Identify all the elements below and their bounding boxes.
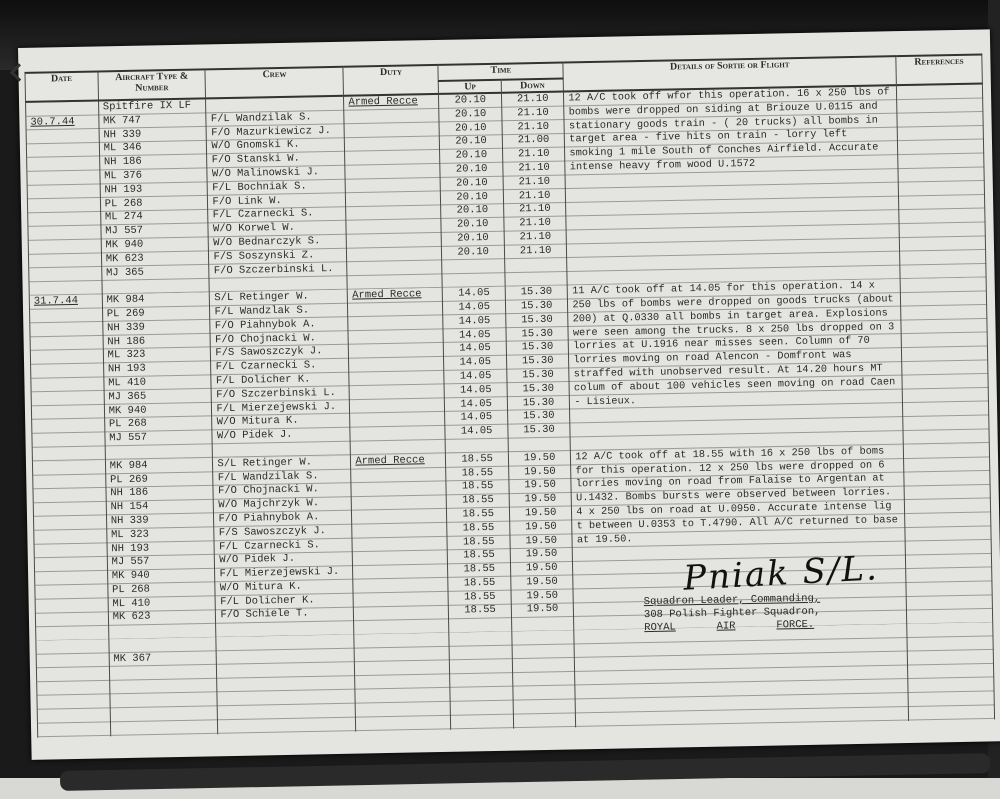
time-down: 19.50 xyxy=(513,479,567,494)
time-down: 21.10 xyxy=(506,120,560,135)
sortie-date-cell: 30.7.44 xyxy=(26,100,102,296)
time-up: 20.10 xyxy=(446,232,500,247)
time-up: 20.10 xyxy=(445,149,499,164)
time-down: 15.30 xyxy=(511,369,565,384)
signature-block: Pniak S/L. Squadron Leader, Commanding, … xyxy=(643,551,884,634)
time-down: 19.50 xyxy=(513,451,567,466)
time-down: 21.10 xyxy=(509,244,563,259)
time-up: 20.10 xyxy=(445,190,499,205)
duty-label: Armed Recce xyxy=(352,288,438,303)
time-up: 18.55 xyxy=(451,480,505,495)
time-up: 18.55 xyxy=(450,452,504,467)
time-up: 18.55 xyxy=(452,535,506,550)
header-crew: Crew xyxy=(205,67,343,99)
time-down: 15.30 xyxy=(511,355,565,370)
time-down: 15.30 xyxy=(510,300,564,315)
time-down: 19.50 xyxy=(515,575,569,590)
time-down-cell: 15.3015.3015.3015.3015.3015.3015.3015.30… xyxy=(505,286,571,453)
sortie-date: 31.7.44 xyxy=(34,295,98,310)
time-down: 15.30 xyxy=(512,396,566,411)
time-down: 21.10 xyxy=(508,217,562,232)
time-up: 20.10 xyxy=(444,108,498,123)
time-up: 14.05 xyxy=(449,397,503,412)
time-down: 21.10 xyxy=(508,189,562,204)
time-up-cell: 18.5518.5518.5518.5518.5518.5518.5518.55… xyxy=(446,452,512,633)
header-date: Date xyxy=(25,71,98,101)
time-up: 14.05 xyxy=(450,411,504,426)
time-up: 14.05 xyxy=(447,301,501,316)
time-up: 14.05 xyxy=(449,383,503,398)
time-up: 20.10 xyxy=(446,218,500,233)
operations-record-sheet: Date Aircraft Type & Number Crew Duty Ti… xyxy=(18,29,1000,760)
time-up: 20.10 xyxy=(446,246,500,261)
time-up: 18.55 xyxy=(452,521,506,536)
sortie-row: 31.7.44MK 984PL 269NH 339NH 186ML 323NH … xyxy=(29,278,989,462)
time-up-cell: 14.0514.0514.0514.0514.0514.0514.0514.05… xyxy=(443,287,509,454)
sortie-details: 12 A/C took off wfor this operation. 16 … xyxy=(564,85,900,286)
time-down: 19.50 xyxy=(514,534,568,549)
sortie-row: 30.7.44Spitfire IX LFMK 747NH 339ML 346N… xyxy=(26,83,987,295)
sortie-date xyxy=(37,460,101,475)
time-down: 19.50 xyxy=(514,506,568,521)
time-up: 14.05 xyxy=(447,287,501,302)
time-up: 20.10 xyxy=(445,177,499,192)
duty-label: Armed Recce xyxy=(348,95,434,110)
time-down: 15.30 xyxy=(512,424,566,439)
aircraft-type: Spitfire IX LF xyxy=(103,99,202,115)
time-up: 20.10 xyxy=(446,204,500,219)
time-down: 21.00 xyxy=(507,134,561,149)
blank-rows: MK 367 xyxy=(36,622,995,737)
header-aircraft: Aircraft Type & Number xyxy=(98,69,206,100)
time-up: 18.55 xyxy=(453,604,507,619)
time-down: 21.10 xyxy=(507,162,561,177)
crew-member: F/L Mierzejewski J. xyxy=(220,566,349,582)
sortie-date: 30.7.44 xyxy=(30,115,94,130)
time-down: 21.10 xyxy=(509,231,563,246)
time-down: 19.50 xyxy=(515,589,569,604)
references-cell xyxy=(903,443,992,624)
time-up: 18.55 xyxy=(453,577,507,592)
time-down-cell: 19.5019.5019.5019.5019.5019.5019.5019.50… xyxy=(508,451,574,632)
time-up: 18.55 xyxy=(452,549,506,564)
sortie-details: 11 A/C took off at 14.05 for this operat… xyxy=(568,279,904,451)
time-up: 14.05 xyxy=(450,425,504,440)
header-references: References xyxy=(896,54,982,85)
time-down: 19.50 xyxy=(515,548,569,563)
header-down: Down xyxy=(501,79,564,93)
time-down: 15.30 xyxy=(510,313,564,328)
aircraft-cell: Spitfire IX LFMK 747NH 339ML 346NH 186ML… xyxy=(98,98,209,294)
time-up: 20.10 xyxy=(444,121,498,136)
time-down: 15.30 xyxy=(512,410,566,425)
time-down: 19.50 xyxy=(516,603,570,618)
references-cell xyxy=(900,278,989,445)
time-up: 20.10 xyxy=(444,135,498,150)
references-cell xyxy=(896,83,986,279)
crew-cell: F/L Wandzilak S.F/O Mazurkiewicz J.W/O G… xyxy=(206,96,348,293)
crew-member: F/L Mierzejewski J. xyxy=(216,400,345,416)
duty-label: Armed Recce xyxy=(355,454,441,469)
time-down: 15.30 xyxy=(511,341,565,356)
time-down: 21.10 xyxy=(507,175,561,190)
time-down: 19.50 xyxy=(514,493,568,508)
time-down: 15.30 xyxy=(510,327,564,342)
sortie-date-cell xyxy=(32,460,108,641)
time-up: 18.55 xyxy=(451,508,505,523)
time-up-cell: 20.1020.1020.1020.1020.1020.1020.1020.10… xyxy=(439,93,505,288)
time-up: 14.05 xyxy=(448,356,502,371)
duty-cell: Armed Recce xyxy=(344,94,443,290)
sortie-date-cell: 31.7.44 xyxy=(29,295,105,462)
time-down: 21.10 xyxy=(507,148,561,163)
time-up: 20.10 xyxy=(445,163,499,178)
sortie-log-body: 30.7.44Spitfire IX LFMK 747NH 339ML 346N… xyxy=(26,83,995,737)
header-duty: Duty xyxy=(343,65,439,96)
aircraft-cell: MK 984PL 269NH 186NH 154NH 339ML 323NH 1… xyxy=(105,458,216,639)
time-down: 15.30 xyxy=(510,286,564,301)
time-up: 14.05 xyxy=(449,370,503,385)
time-up: 14.05 xyxy=(448,342,502,357)
time-up: 20.10 xyxy=(443,94,497,109)
time-down: 15.30 xyxy=(511,382,565,397)
time-down: 19.50 xyxy=(515,562,569,577)
sortie-log-table: Date Aircraft Type & Number Crew Duty Ti… xyxy=(24,53,995,737)
time-down: 21.10 xyxy=(506,93,560,108)
time-up: 18.55 xyxy=(451,466,505,481)
time-up: 14.05 xyxy=(448,315,502,330)
crew-cell: S/L Retinger W.F/L Wandzlak S.F/O Piahny… xyxy=(210,290,351,458)
time-down: 21.10 xyxy=(508,203,562,218)
crew-cell: S/L Retinger W.F/L Wandzilak S.F/O Chojn… xyxy=(213,455,354,637)
time-up: 18.55 xyxy=(452,563,506,578)
time-down: 19.50 xyxy=(513,465,567,480)
time-up: 18.55 xyxy=(453,590,507,605)
time-down: 19.50 xyxy=(514,520,568,535)
header-up: Up xyxy=(439,80,502,94)
duty-cell: Armed Recce xyxy=(348,288,446,455)
time-down-cell: 21.1021.1021.1021.0021.1021.1021.1021.10… xyxy=(501,92,567,287)
crew-member: F/O Szczerbinski L. xyxy=(214,262,343,278)
duty-cell: Armed Recce xyxy=(351,454,449,635)
time-down: 21.10 xyxy=(506,106,560,121)
time-up: 14.05 xyxy=(448,328,502,343)
aircraft-cell: MK 984PL 269NH 339NH 186ML 323NH 193ML 4… xyxy=(102,293,213,461)
time-up: 18.55 xyxy=(451,494,505,509)
